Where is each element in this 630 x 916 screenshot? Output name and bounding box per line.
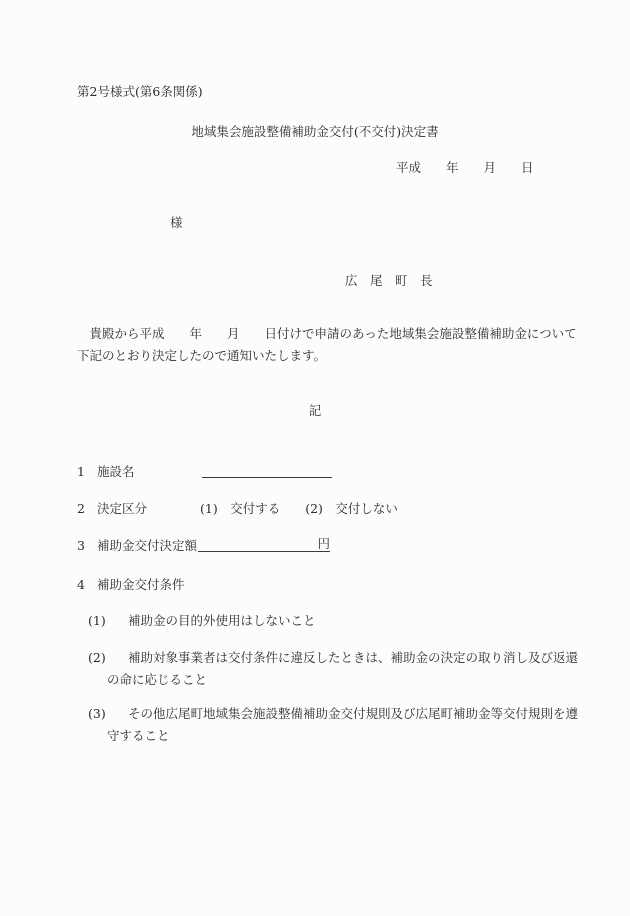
document-page: 第2号様式(第6条関係) 地域集会施設整備補助金交付(不交付)決定書 平成 年 … (0, 0, 630, 916)
item-1-number: 1 (77, 464, 85, 479)
condition-2-number: (2) (88, 650, 106, 665)
addressee-honorific: 様 (170, 215, 183, 230)
item-2-label: 決定区分 (97, 501, 147, 516)
condition-2-text-line-2: の命に応じること (107, 672, 207, 687)
item-4-number: 4 (77, 577, 85, 592)
document-title: 地域集会施設整備補助金交付(不交付)決定書 (0, 124, 630, 139)
item-4-label: 補助金交付条件 (97, 577, 185, 592)
item-3-number: 3 (77, 538, 85, 553)
condition-2-text-line-1: 補助対象事業者は交付条件に違反したときは、補助金の決定の取り消し及び返還 (128, 650, 578, 665)
record-marker: 記 (0, 403, 630, 418)
issue-date-line: 平成 年 月 日 (396, 160, 534, 175)
body-paragraph-line-2: 下記のとおり決定したので通知いたします。 (77, 348, 326, 363)
facility-name-blank (202, 463, 332, 478)
decision-options: (1) 交付する (2) 交付しない (200, 501, 398, 516)
condition-3-number: (3) (88, 706, 106, 721)
item-1-label: 施設名 (97, 464, 135, 479)
item-3-label: 補助金交付決定額 (97, 538, 197, 553)
condition-3-text-line-2: 守すること (107, 728, 170, 743)
item-2-number: 2 (77, 501, 85, 516)
grant-amount-blank: 円 (198, 537, 330, 552)
condition-3-text-line-1: その他広尾町地域集会施設整備補助金交付規則及び広尾町補助金等交付規則を遵 (128, 706, 578, 721)
condition-1-number: (1) (88, 613, 106, 628)
sender-signature: 広 尾 町 長 (345, 273, 433, 288)
body-paragraph-line-1: 貴殿から平成 年 月 日付けで申請のあった地域集会施設整備補助金について (77, 326, 577, 341)
condition-1-text: 補助金の目的外使用はしないこと (128, 613, 316, 628)
form-number: 第2号様式(第6条関係) (77, 84, 203, 99)
